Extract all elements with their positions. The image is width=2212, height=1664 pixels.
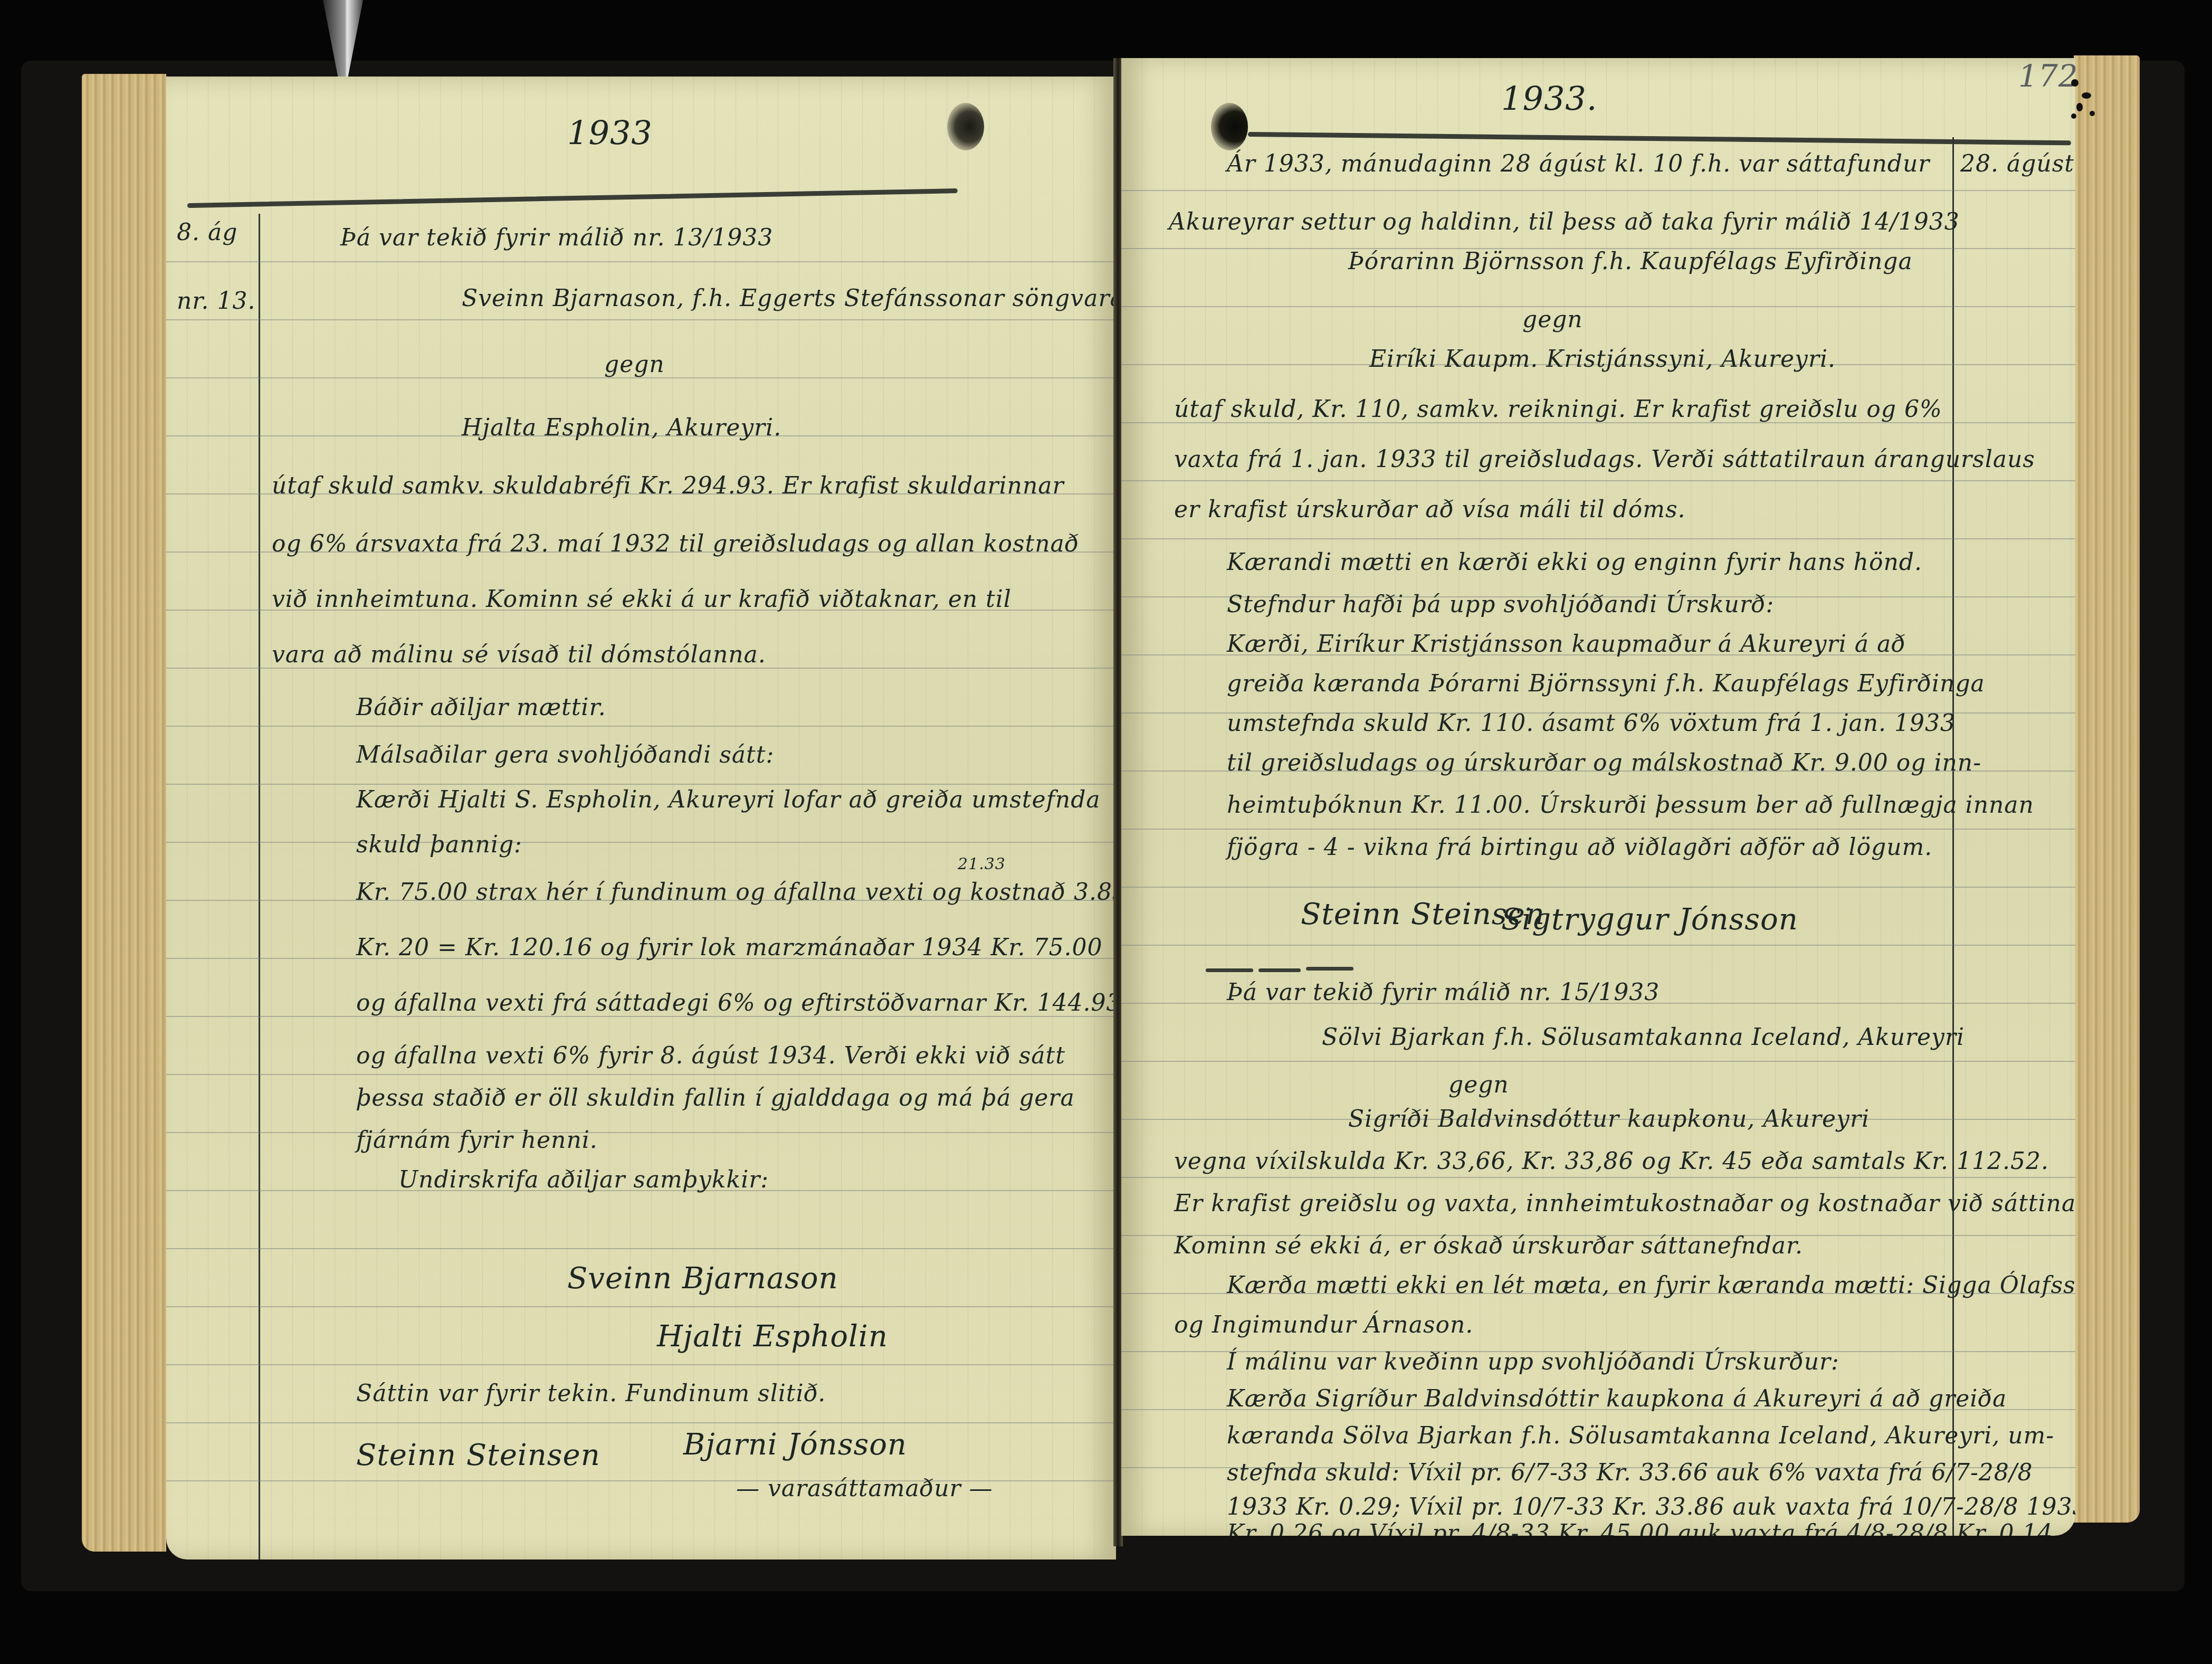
left-page: 1933 8. ág nr. 13. Þá var tekið fyrir má… [166, 77, 1116, 1560]
right-page-stack-edge [2074, 55, 2140, 1523]
entry-line: Er krafist greiðslu og vaxta, innheimtuk… [1174, 1190, 2075, 1217]
entry-line: við innheimtuna. Kominn sé ekki á ur kra… [272, 586, 1012, 613]
entry-line: til greiðsludags og úrskurðar og málskos… [1227, 749, 1981, 776]
entry-line: greiða kæranda Þórarni Björnssyni f.h. K… [1227, 670, 1985, 697]
versus-label: gegn [1522, 306, 1583, 333]
entry-line: Þá var tekið fyrir málið nr. 15/1933 [1227, 979, 1660, 1006]
entry-line: og áfallna vexti frá sáttadegi 6% og eft… [356, 990, 1116, 1016]
entry-line: heimtuþóknun Kr. 11.00. Úrskurði þessum … [1227, 792, 2034, 819]
versus-label: gegn [1448, 1071, 1509, 1098]
entry-line: Þá var tekið fyrir málið nr. 13/1933 [340, 224, 773, 251]
ink-blot [2071, 113, 2076, 119]
ink-blot [2076, 103, 2083, 111]
page-number: 172 [2018, 58, 2075, 94]
year-heading: 1933 [567, 113, 653, 152]
entry-line: vaxta frá 1. jan. 1933 til greiðsludags.… [1174, 446, 2035, 473]
entry-line: Málsaðilar gera svohljóðandi sátt: [356, 741, 774, 768]
defendant-line: Hjalta Espholin, Akureyri. [462, 414, 781, 441]
entry-line: skuld þannig: [356, 831, 522, 858]
margin-date: 28. ágúst [1960, 150, 2074, 177]
separator-dash [1306, 967, 1353, 971]
margin-rule [1952, 137, 1954, 1536]
signature: Bjarni Jónsson [683, 1428, 907, 1462]
entry-line: Undirskrifa aðiljar samþykkir: [398, 1166, 769, 1193]
entry-line: Í málinu var kveðinn upp svohljóðandi Úr… [1227, 1348, 1839, 1375]
entry-line: Kr. 20 = Kr. 120.16 og fyrir lok marzmán… [356, 934, 1102, 961]
entry-line: Kærði, Eiríkur Kristjánsson kaupmaður á … [1227, 631, 1906, 658]
margin-rule [259, 214, 260, 1560]
entry-line: Kærði Hjalti S. Espholin, Akureyri lofar… [356, 786, 1101, 813]
versus-label: gegn [604, 351, 665, 378]
entry-line: Kominn sé ekki á, er óskað úrskurðar sát… [1174, 1232, 1803, 1259]
entry-line: kæranda Sölva Bjarkan f.h. Sölusamtakann… [1227, 1422, 2054, 1449]
entry-line: Báðir aðiljar mættir. [356, 694, 606, 721]
margin-date: 8. ág [177, 219, 237, 246]
signature-title: — varasáttamaður — [736, 1475, 993, 1502]
closing-line: Sáttin var fyrir tekin. Fundinum slitið. [356, 1380, 826, 1407]
entry-line: útaf skuld samkv. skuldabréfi Kr. 294.93… [272, 472, 1064, 499]
entry-line: er krafist úrskurðar að vísa máli til dó… [1174, 496, 1686, 523]
entry-line: og áfallna vexti 6% fyrir 8. ágúst 1934.… [356, 1042, 1065, 1069]
entry-line: umstefnda skuld Kr. 110. ásamt 6% vöxtum… [1227, 710, 1956, 737]
entry-line: og 6% ársvaxta frá 23. maí 1932 til grei… [272, 530, 1079, 557]
entry-line: útaf skuld, Kr. 110, samkv. reikningi. E… [1174, 396, 1942, 423]
defendant-line: Eiríki Kaupm. Kristjánssyni, Akureyri. [1369, 346, 1836, 373]
entry-line: fjögra - 4 - vikna frá birtingu að viðla… [1227, 834, 1932, 861]
punch-hole-icon [947, 103, 984, 150]
ink-blot [2082, 92, 2091, 99]
entry-line: Kr. 75.00 strax hér í fundinum og áfalln… [356, 879, 1116, 906]
signature: Hjalti Espholin [657, 1319, 888, 1354]
signature: Sigtryggur Jónsson [1501, 902, 1798, 937]
entry-line: 1933 Kr. 0.29; Víxil pr. 10/7-33 Kr. 33.… [1227, 1494, 2075, 1520]
signature: Steinn Steinsen [356, 1438, 600, 1472]
entry-line: Kærða mætti ekki en lét mæta, en fyrir k… [1227, 1272, 2075, 1299]
plaintiff-line: Þórarinn Björnsson f.h. Kaupfélags Eyfir… [1348, 248, 1913, 275]
entry-line: fjárnám fyrir henni. [356, 1127, 598, 1154]
ink-blot [2090, 111, 2095, 116]
ink-blot [2071, 79, 2078, 87]
signature: Sveinn Bjarnason [567, 1261, 838, 1296]
entry-line: þessa staðið er öll skuldin fallin í gja… [356, 1085, 1075, 1111]
separator-dash [1206, 968, 1253, 972]
entry-line: vegna víxilskulda Kr. 33,66, Kr. 33,86 o… [1174, 1148, 2049, 1175]
entry-line: vara að málinu sé vísað til dómstólanna. [272, 641, 766, 668]
plaintiff-line: Sveinn Bjarnason, f.h. Eggerts Stefánsso… [462, 285, 1116, 312]
entry-line: og Ingimundur Árnason. [1174, 1311, 1473, 1338]
separator-dash [1258, 968, 1301, 972]
right-page: 172 1933. 28. ágúst Ár 1933, mánudaginn … [1121, 58, 2075, 1536]
entry-line: Kr. 0.26 og Víxil pr. 4/8-33 Kr. 45.00 a… [1227, 1520, 2061, 1536]
entry-line: Stefndur hafði þá upp svohljóðandi Úrsku… [1227, 591, 1774, 618]
entry-line: Ár 1933, mánudaginn 28 ágúst kl. 10 f.h.… [1227, 150, 1930, 177]
entry-line: Kærða Sigríður Baldvinsdóttir kaupkona á… [1227, 1385, 2007, 1412]
entry-line: Akureyrar settur og haldinn, til þess að… [1169, 208, 1960, 235]
year-heading: 1933. [1501, 79, 1598, 118]
entry-line: Kærandi mætti en kærði ekki og enginn fy… [1227, 549, 1922, 576]
left-page-stack-edge [82, 74, 166, 1552]
plaintiff-line: Sölvi Bjarkan f.h. Sölusamtakanna Icelan… [1322, 1024, 1965, 1051]
defendant-line: Sigríði Baldvinsdóttur kaupkonu, Akureyr… [1348, 1106, 1870, 1133]
punch-hole-icon [1211, 103, 1248, 150]
margin-case-number: nr. 13. [177, 288, 255, 315]
superscript-note: 21.33 [958, 855, 1006, 873]
entry-line: stefnda skuld: Víxil pr. 6/7-33 Kr. 33.6… [1227, 1459, 2033, 1486]
